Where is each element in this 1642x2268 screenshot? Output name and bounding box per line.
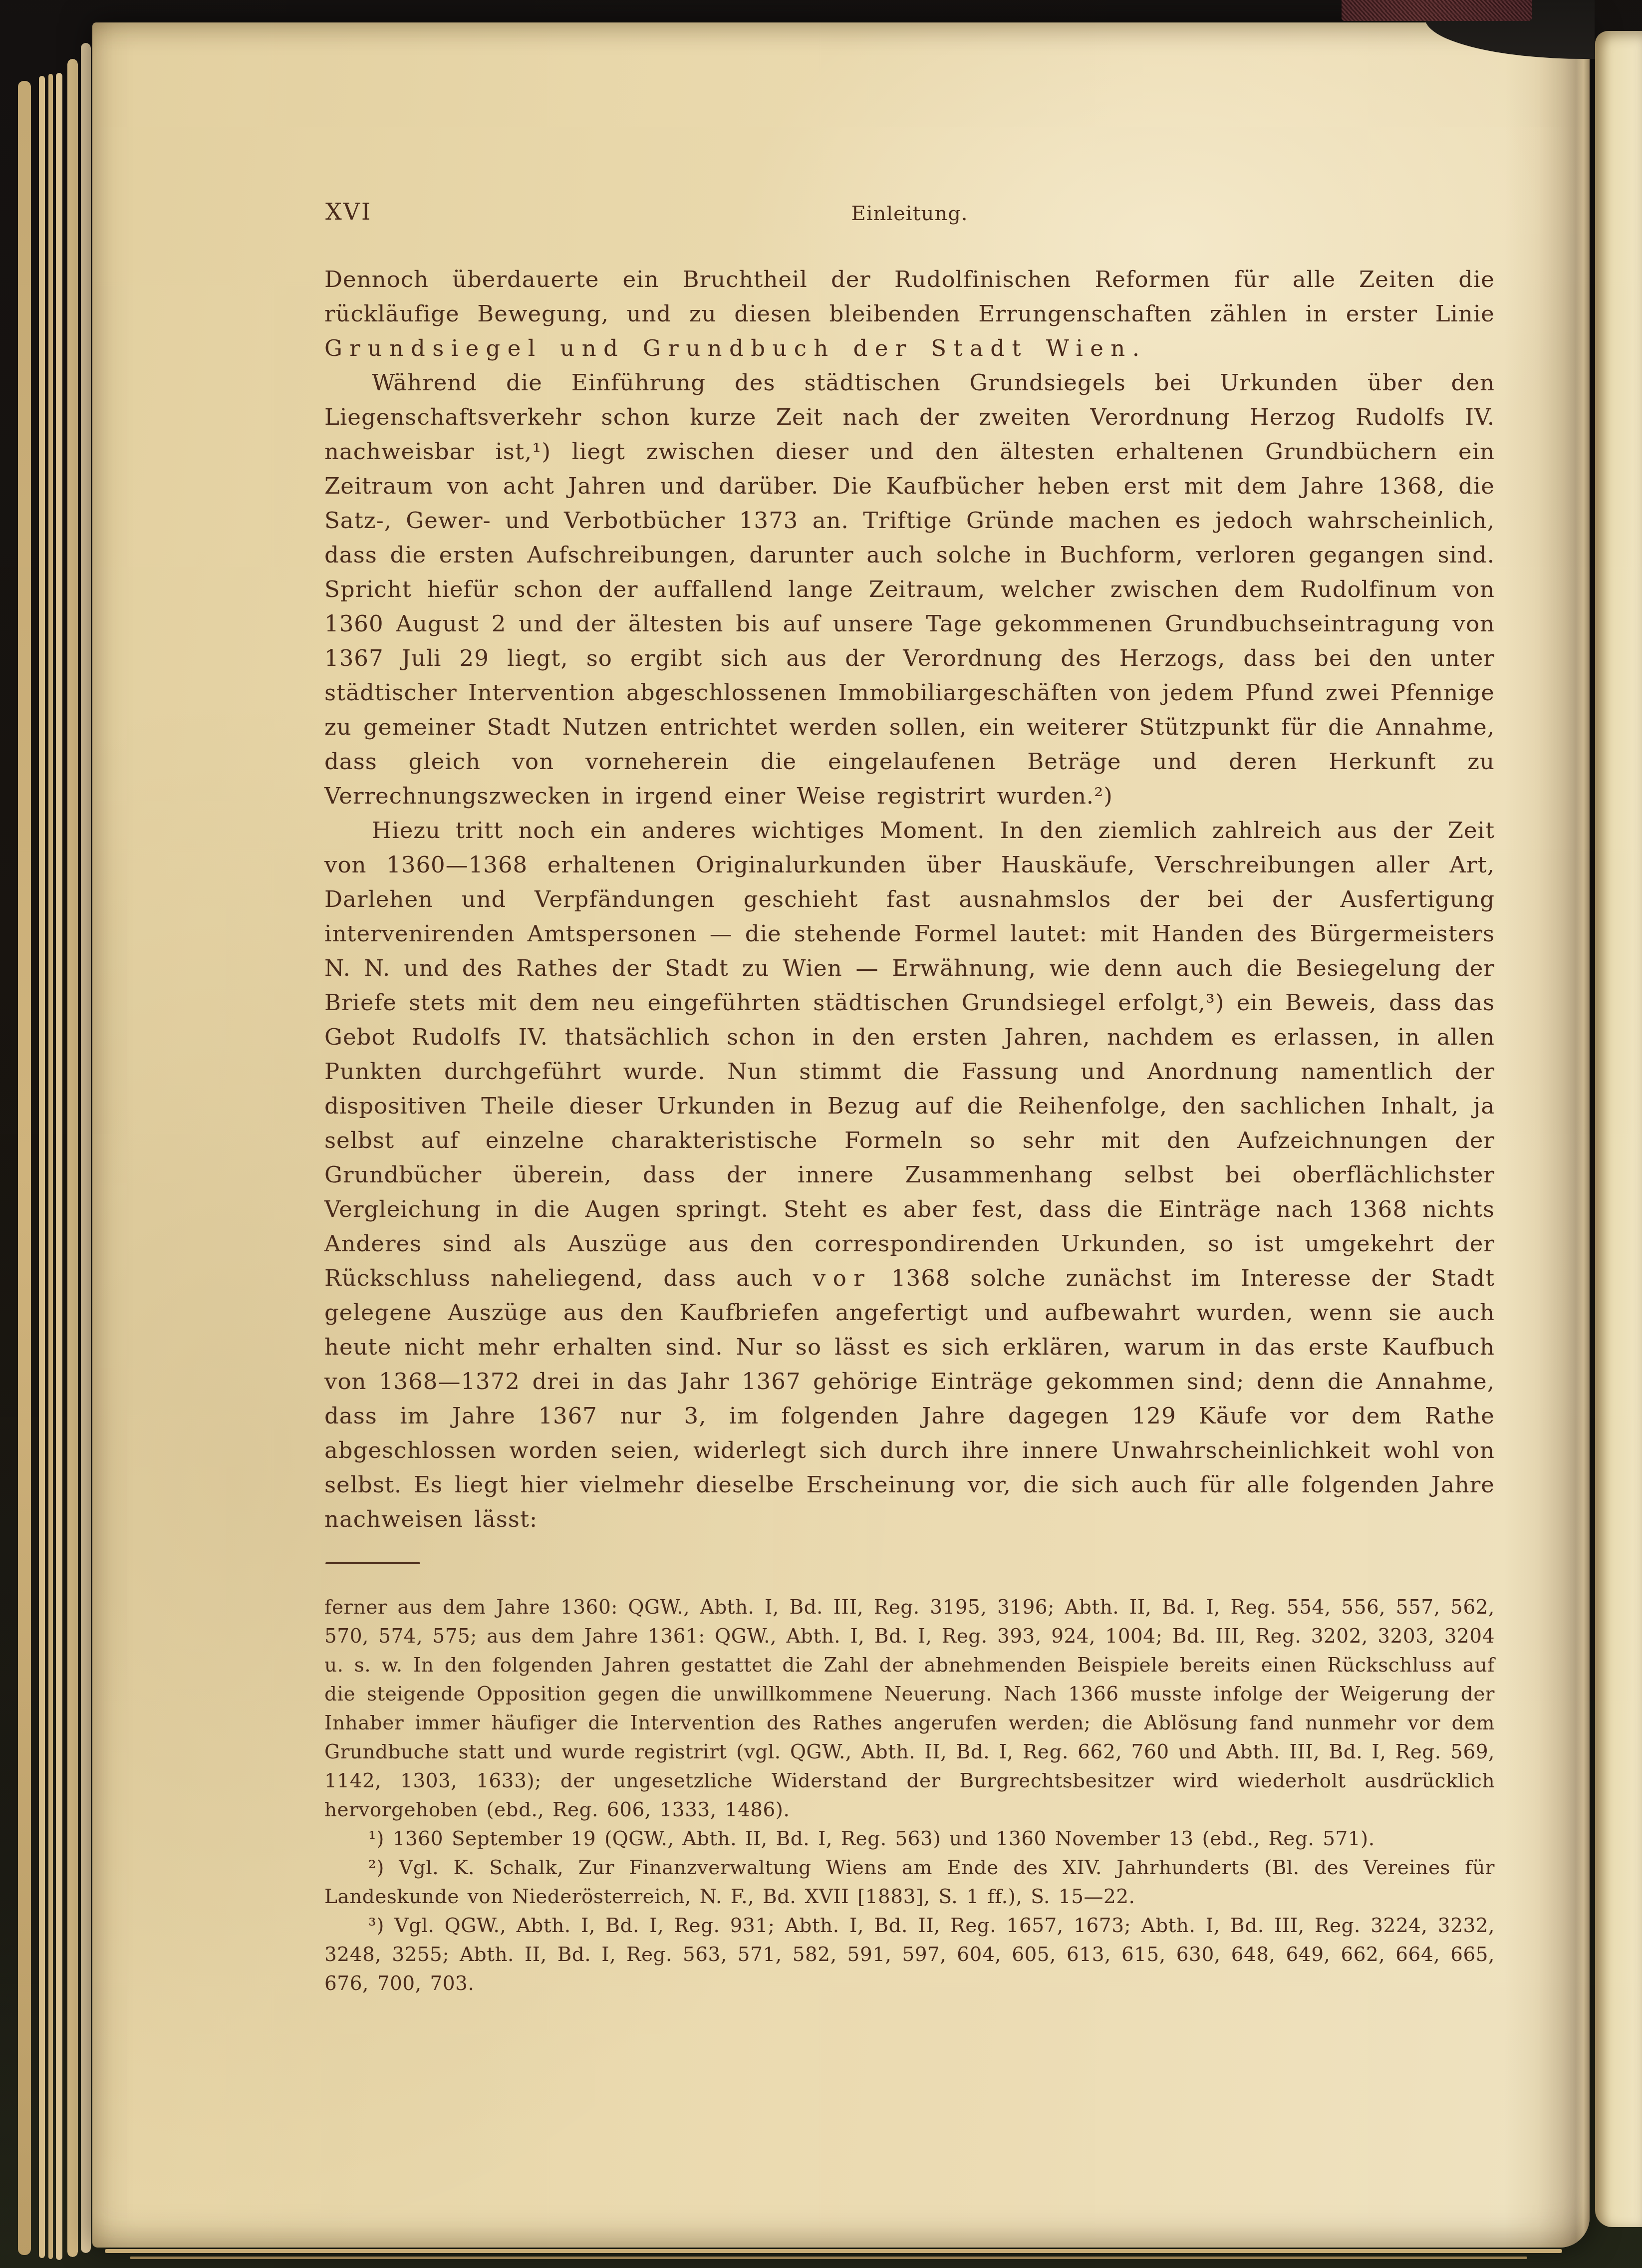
page-text-area: XVI Einleitung. Dennoch überdauerte ein … <box>324 198 1495 1998</box>
page-stack-edge <box>67 59 78 2257</box>
text-run: Hiezu tritt noch ein anderes wichtiges M… <box>324 817 1495 1291</box>
page-stack-edge <box>39 76 45 2258</box>
text-run: Während die Einführung des städtischen G… <box>324 369 1495 809</box>
footnote-item: ³) Vgl. QGW., Abth. I, Bd. I, Reg. 931; … <box>324 1912 1495 1998</box>
page-stack-edge <box>18 81 31 2255</box>
running-title: Einleitung. <box>324 202 1495 225</box>
text-run: Dennoch überdauerte ein Bruchtheil der R… <box>324 266 1495 327</box>
text-run: . <box>1132 335 1140 361</box>
text-run: ²) Vgl. K. Schalk, Zur Finanzverwaltung … <box>324 1857 1495 1908</box>
book-cover-fragment <box>1342 0 1532 21</box>
text-run: ¹) 1360 September 19 (QGW., Abth. II, Bd… <box>368 1828 1375 1850</box>
footnote-item: ferner aus dem Jahre 1360: QGW., Abth. I… <box>324 1593 1495 1825</box>
body-paragraph: Dennoch überdauerte ein Bruchtheil der R… <box>324 262 1495 365</box>
page-header: XVI Einleitung. <box>324 198 1495 262</box>
scanned-book-photo: { "document": { "page_number": "XVI", "r… <box>0 0 1642 2268</box>
footnote-separator <box>325 1562 420 1564</box>
page-stack-edge <box>105 2249 1562 2253</box>
letterspaced-text: Grundsiegel und Grundbuch der Stadt Wien <box>324 335 1132 361</box>
text-run: ferner aus dem Jahre 1360: QGW., Abth. I… <box>324 1596 1495 1821</box>
book-page: XVI Einleitung. Dennoch überdauerte ein … <box>92 22 1590 2248</box>
body-text-block: Dennoch überdauerte ein Bruchtheil der R… <box>324 262 1495 1536</box>
page-stack-edge <box>130 2257 1527 2259</box>
text-run: 1368 solche zunächst im Interesse der St… <box>324 1265 1495 1532</box>
body-paragraph: Während die Einführung des städtischen G… <box>324 365 1495 813</box>
page-stack-edge <box>48 74 53 2259</box>
body-paragraph: Hiezu tritt noch ein anderes wichtiges M… <box>324 813 1495 1536</box>
adjacent-page-edge <box>1595 31 1642 2227</box>
page-fold-shadow <box>1505 22 1590 2248</box>
letterspaced-text: vor <box>813 1265 871 1291</box>
page-stack-edge <box>56 73 62 2260</box>
page-stack-edge <box>81 43 91 2253</box>
footnote-item: ²) Vgl. K. Schalk, Zur Finanzverwaltung … <box>324 1854 1495 1912</box>
text-run: ³) Vgl. QGW., Abth. I, Bd. I, Reg. 931; … <box>324 1915 1495 1995</box>
footnote-item: ¹) 1360 September 19 (QGW., Abth. II, Bd… <box>324 1825 1495 1854</box>
footnote-block: ferner aus dem Jahre 1360: QGW., Abth. I… <box>324 1593 1495 1998</box>
